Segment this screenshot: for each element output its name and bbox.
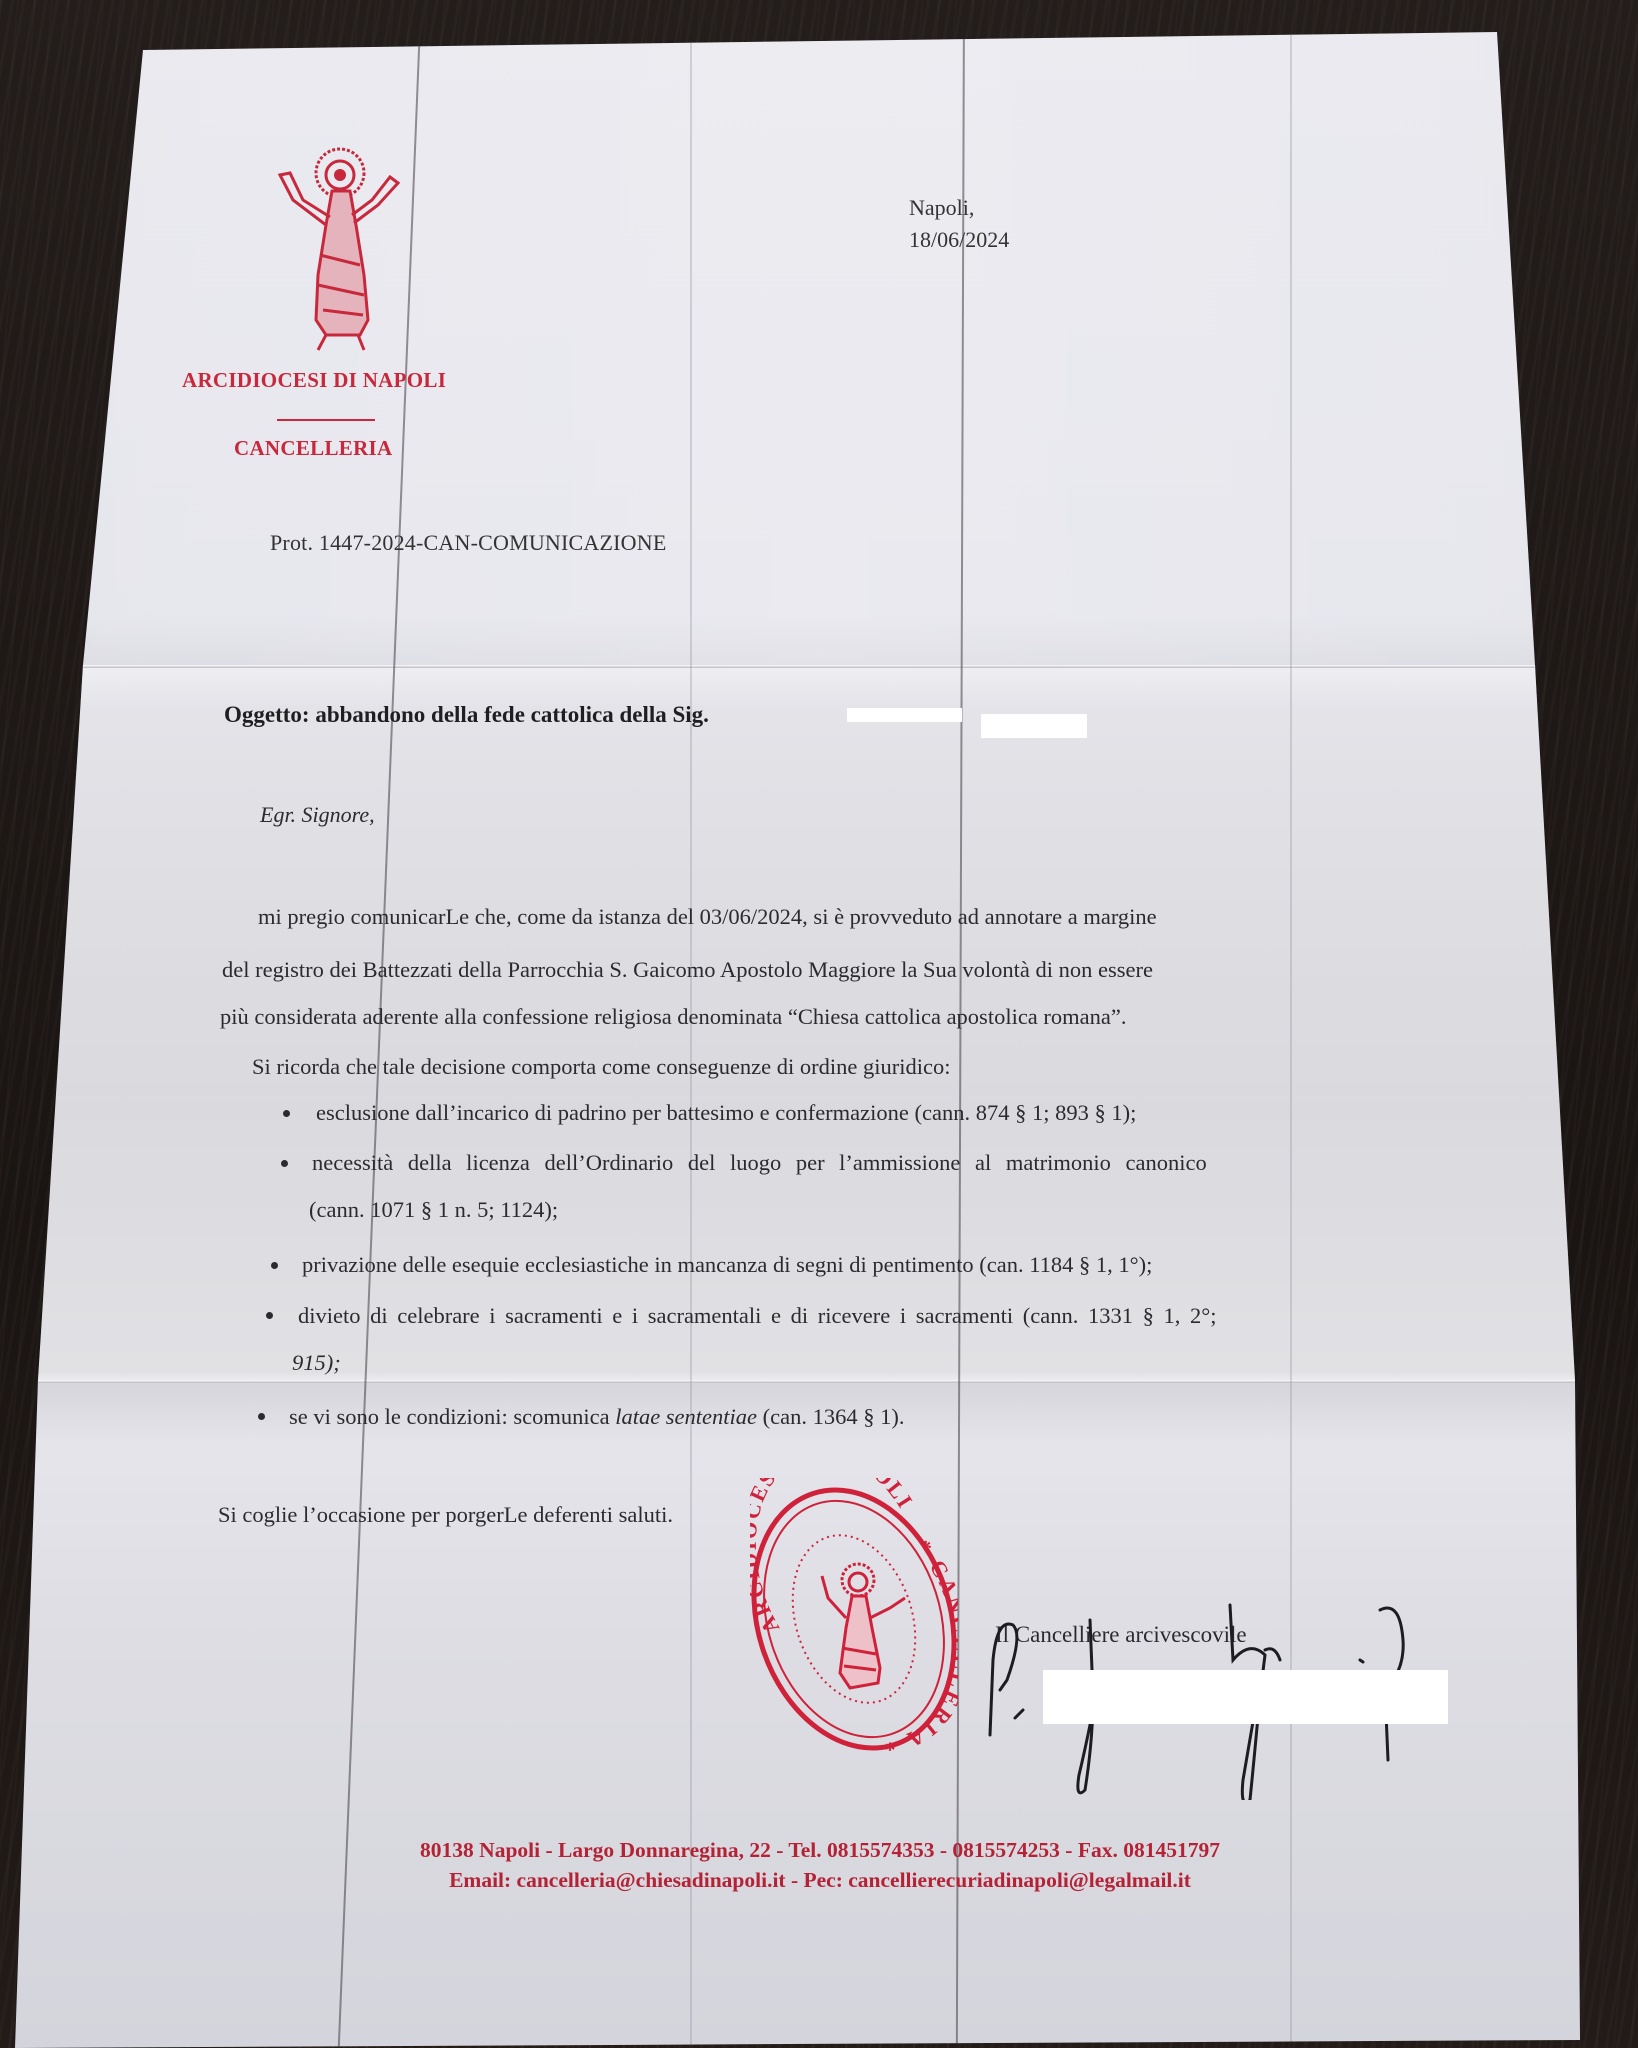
body-line: del registro dei Battezzati della Parroc… — [222, 957, 1153, 983]
consequences-intro: Si ricorda che tale decisione comporta c… — [252, 1054, 951, 1080]
organization-name: ARCIDIOCESI DI NAPOLI — [182, 368, 446, 393]
consequence-item: se vi sono le condizioni: scomunica lata… — [289, 1404, 905, 1430]
closing-salutation: Si coglie l’occasione per porgerLe defer… — [218, 1502, 673, 1528]
letterhead-divider — [277, 419, 375, 421]
saint-figure-emblem-icon — [268, 145, 408, 355]
redacted-signer-name — [1043, 1670, 1448, 1724]
seal-right-text: * CANCELLERIA * — [881, 1535, 958, 1756]
protocol-number: Prot. 1447-2024-CAN-COMUNICAZIONE — [270, 530, 666, 556]
svg-text:* CANCELLERIA *: * CANCELLERIA * — [881, 1535, 958, 1756]
place: Napoli, — [909, 192, 1009, 224]
svg-text:ARCIDIOCESI DI NAPOLI: ARCIDIOCESI DI NAPOLI — [750, 1478, 919, 1638]
bullet-icon — [258, 1413, 265, 1420]
footer-contacts: Email: cancelleria@chiesadinapoli.it - P… — [180, 1868, 1460, 1893]
bullet-icon — [266, 1312, 273, 1319]
consequence-item: divieto di celebrare i sacramenti e i sa… — [298, 1303, 1217, 1329]
footer-address: 80138 Napoli - Largo Donnaregina, 22 - T… — [180, 1838, 1460, 1863]
consequence-prefix: se vi sono le condizioni: scomunica — [289, 1404, 615, 1429]
paper-top-panel — [0, 0, 1638, 665]
body-line: mi pregio comunicarLe che, come da istan… — [258, 904, 1157, 930]
consequence-item: esclusione dall’incarico di padrino per … — [316, 1100, 1136, 1126]
body-line: più considerata aderente alla confession… — [220, 1004, 1127, 1030]
subject-line: Oggetto: abbandono della fede cattolica … — [224, 702, 709, 728]
horizontal-fold-crease — [0, 665, 1638, 668]
seal-top-text: ARCIDIOCESI DI NAPOLI — [750, 1478, 919, 1638]
bullet-icon — [271, 1262, 278, 1269]
consequence-item-continued: (cann. 1071 § 1 n. 5; 1124); — [309, 1197, 558, 1223]
horizontal-fold-crease — [0, 1380, 1638, 1383]
consequence-latin-term: latae sententiae — [615, 1404, 757, 1429]
consequence-suffix: (can. 1364 § 1). — [757, 1404, 904, 1429]
consequence-item: necessità della licenza dell’Ordinario d… — [312, 1150, 1207, 1176]
redacted-last-name — [981, 714, 1087, 738]
bullet-icon — [283, 1110, 290, 1117]
bullet-icon — [281, 1160, 288, 1167]
place-date: Napoli, 18/06/2024 — [909, 192, 1009, 256]
date: 18/06/2024 — [909, 224, 1009, 256]
greeting: Egr. Signore, — [260, 802, 375, 828]
redacted-first-name — [847, 708, 962, 722]
official-seal-icon: ARCIDIOCESI DI NAPOLI * CANCELLERIA * — [750, 1478, 958, 1760]
consequence-item: privazione delle esequie ecclesiastiche … — [302, 1252, 1152, 1278]
consequence-item-continued: 915); — [292, 1350, 341, 1376]
subject-text: Oggetto: abbandono della fede cattolica … — [224, 702, 709, 727]
office-name: CANCELLERIA — [234, 436, 393, 461]
